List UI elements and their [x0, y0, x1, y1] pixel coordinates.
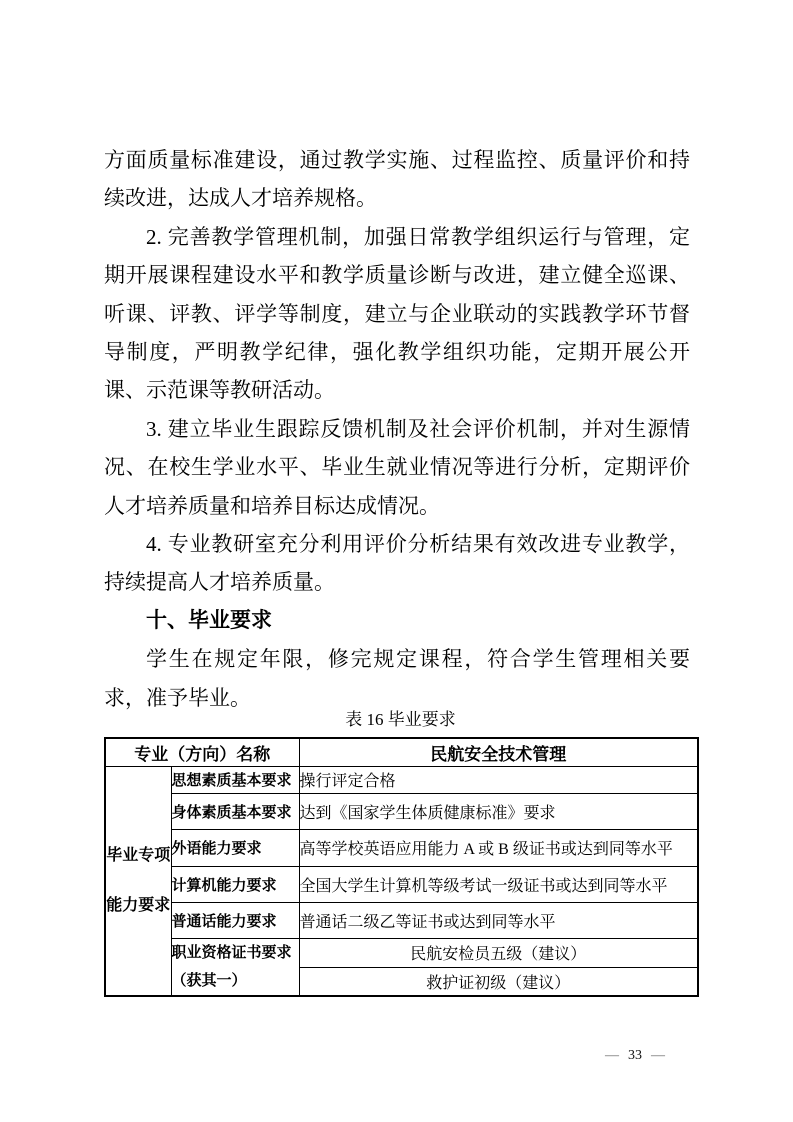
row-label-foreign-language: 外语能力要求	[171, 829, 299, 866]
header-cell-major-name: 专业（方向）名称	[105, 738, 299, 766]
row-value-mandarin: 普通话二级乙等证书或达到同等水平	[299, 902, 698, 938]
row-label-certificate-cell: 职业资格证书要求 （获其一）	[171, 938, 299, 996]
page-number-dash-left: —	[605, 1048, 619, 1063]
row-group-label-cell: 毕业专项 能力要求	[105, 766, 171, 996]
document-page: 方面质量标准建设，通过教学实施、过程监控、质量评价和持续改进，达成人才培养规格。…	[0, 0, 793, 1122]
table-row: 外语能力要求 高等学校英语应用能力 A 或 B 级证书或达到同等水平	[105, 829, 698, 866]
table-caption: 表 16 毕业要求	[104, 705, 697, 735]
table-row: 计算机能力要求 全国大学生计算机等级考试一级证书或达到同等水平	[105, 866, 698, 902]
row-value-physical: 达到《国家学生体质健康标准》要求	[299, 793, 698, 829]
paragraph-evaluation-improvement: 4. 专业教研室充分利用评价分析结果有效改进专业教学，持续提高人才培养质量。	[104, 525, 690, 602]
row-value-foreign-language: 高等学校英语应用能力 A 或 B 级证书或达到同等水平	[299, 829, 698, 866]
body-text: 方面质量标准建设，通过教学实施、过程监控、质量评价和持续改进，达成人才培养规格。…	[104, 141, 690, 717]
graduation-requirements-table: 专业（方向）名称 民航安全技术管理 毕业专项 能力要求 思想素质基本要求 操行评…	[104, 737, 699, 997]
row-value-first-aid-cert: 救护证初级（建议）	[299, 967, 698, 996]
row-value-security-inspector-cert: 民航安检员五级（建议）	[299, 938, 698, 967]
page-number-value: 33	[628, 1048, 642, 1063]
row-label-mandarin: 普通话能力要求	[171, 902, 299, 938]
paragraph-graduate-tracking: 3. 建立毕业生跟踪反馈机制及社会评价机制，并对生源情况、在校生学业水平、毕业生…	[104, 410, 690, 525]
row-group-label-line2: 能力要求	[106, 881, 171, 931]
row-group-label-line1: 毕业专项	[106, 831, 171, 881]
section-heading-graduation-requirements: 十、毕业要求	[104, 602, 690, 640]
table-row: 普通话能力要求 普通话二级乙等证书或达到同等水平	[105, 902, 698, 938]
row-label-physical: 身体素质基本要求	[171, 793, 299, 829]
page-number-dash-right: —	[651, 1048, 665, 1063]
table-header-row: 专业（方向）名称 民航安全技术管理	[105, 738, 698, 766]
table-row: 毕业专项 能力要求 思想素质基本要求 操行评定合格	[105, 766, 698, 793]
page-number: —33—	[585, 1046, 685, 1066]
row-label-certificate-line1: 职业资格证书要求	[172, 939, 299, 967]
row-label-computer: 计算机能力要求	[171, 866, 299, 902]
table-row: 身体素质基本要求 达到《国家学生体质健康标准》要求	[105, 793, 698, 829]
header-cell-major-value: 民航安全技术管理	[299, 738, 698, 766]
row-label-ideological: 思想素质基本要求	[171, 766, 299, 793]
row-value-ideological: 操行评定合格	[299, 766, 698, 793]
paragraph-quality-standards: 方面质量标准建设，通过教学实施、过程监控、质量评价和持续改进，达成人才培养规格。	[104, 141, 690, 218]
paragraph-teaching-management: 2. 完善教学管理机制，加强日常教学组织运行与管理，定期开展课程建设水平和教学质…	[104, 218, 690, 410]
table-row: 职业资格证书要求 （获其一） 民航安检员五级（建议）	[105, 938, 698, 967]
row-value-computer: 全国大学生计算机等级考试一级证书或达到同等水平	[299, 866, 698, 902]
row-label-certificate-line2: （获其一）	[172, 967, 299, 995]
